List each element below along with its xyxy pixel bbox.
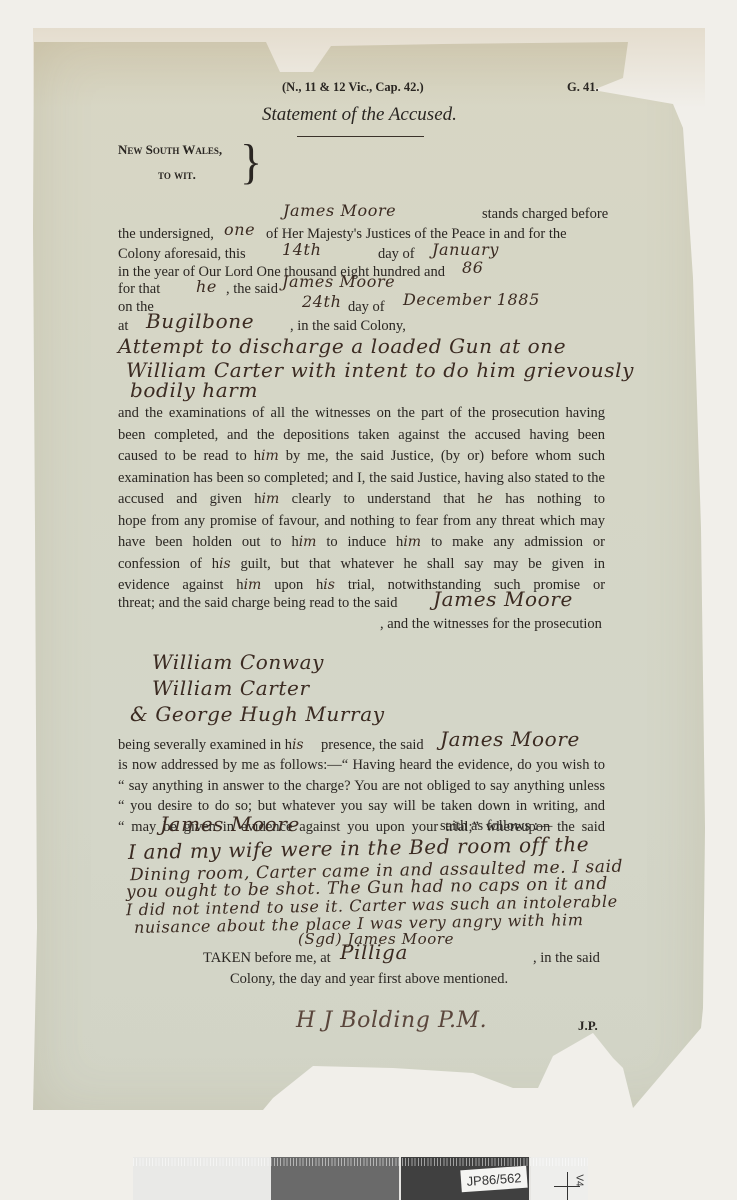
charge-line-1: Attempt to discharge a loaded Gun at one: [118, 334, 566, 358]
year-field: 86: [462, 258, 484, 277]
pronoun-field: he: [196, 277, 217, 296]
printed-text: stands charged before: [482, 206, 608, 223]
printed-text: , in the said: [533, 950, 600, 967]
offence-day-field: 24th: [302, 292, 342, 311]
caution-paragraph: and the examinations of all the witnesse…: [118, 403, 605, 597]
printed-line: been completed, and the depositions take…: [118, 425, 605, 447]
jurisdiction-line2: to wit.: [158, 167, 196, 183]
printed-line: is now addressed by me as follows:—“ Hav…: [118, 755, 605, 776]
printed-text: , and the witnesses for the prosecution: [380, 616, 602, 633]
printed-line: caused to be read to him by me, the said…: [118, 446, 605, 468]
justice-signature: H J Bolding P.M.: [296, 1008, 487, 1033]
printed-text: being severally examined in his: [118, 737, 304, 754]
printed-text: day of: [378, 246, 415, 263]
place-field: Bugilbone: [146, 309, 254, 333]
scale-mark: V4: [574, 1174, 585, 1186]
jp-label: J.P.: [578, 1018, 598, 1034]
printed-line: and the examinations of all the witnesse…: [118, 403, 605, 425]
printed-text: , the said: [226, 281, 278, 298]
witness-1: William Conway: [152, 650, 324, 674]
month-field: January: [432, 240, 499, 259]
taken-at-field: Pilliga: [340, 940, 408, 964]
brace-symbol: }: [240, 138, 262, 186]
witness-2: William Carter: [152, 676, 310, 700]
jurisdiction-line1: New South Wales,: [118, 142, 222, 158]
divider-rule: [297, 136, 424, 137]
day-field: 14th: [282, 240, 322, 259]
offence-date-field: December 1885: [403, 290, 540, 309]
printed-text: at: [118, 318, 128, 335]
printed-text: presence, the said: [321, 737, 424, 754]
printed-line: examination has been so completed; and I…: [118, 468, 605, 490]
printed-text: day of: [348, 299, 385, 316]
form-number: G. 41.: [567, 80, 599, 95]
accused-name-field-5: James Moore: [160, 812, 300, 836]
statute-reference: (N., 11 & 12 Vic., Cap. 42.): [282, 80, 424, 95]
accused-name-field-3: James Moore: [433, 587, 573, 611]
charge-line-3: bodily harm: [130, 378, 258, 402]
printed-line: hope from any promise of favour, and not…: [118, 511, 605, 533]
printed-text: Colony aforesaid, this: [118, 246, 246, 263]
printed-line: accused and given him clearly to underst…: [118, 489, 605, 511]
document-title: Statement of the Accused.: [262, 104, 457, 126]
accused-name-field-4: James Moore: [440, 727, 580, 751]
printed-text: the undersigned,: [118, 226, 214, 243]
printed-line: confession of his guilt, but that whatev…: [118, 554, 605, 576]
archive-reference-label: JP86/562: [460, 1166, 527, 1193]
printed-text: Colony, the day and year first above men…: [230, 971, 508, 988]
justice-count-field: one: [224, 220, 255, 239]
accused-name-field-2: James Moore: [282, 272, 395, 291]
ruler-ticks: [133, 1158, 588, 1166]
printed-line: have been holden out to him to induce hi…: [118, 532, 605, 554]
accused-name-field: James Moore: [283, 201, 396, 220]
crosshair-icon: [567, 1172, 568, 1200]
printed-text: for that: [118, 281, 160, 298]
printed-line: “ say anything in answer to the charge? …: [118, 776, 605, 797]
him-field: im: [261, 448, 279, 464]
printed-text: TAKEN before me, at: [203, 950, 331, 967]
printed-text: threat; and the said charge being read t…: [118, 595, 398, 612]
witness-3: & George Hugh Murray: [130, 702, 385, 726]
printed-text: , in the said Colony,: [290, 318, 406, 335]
